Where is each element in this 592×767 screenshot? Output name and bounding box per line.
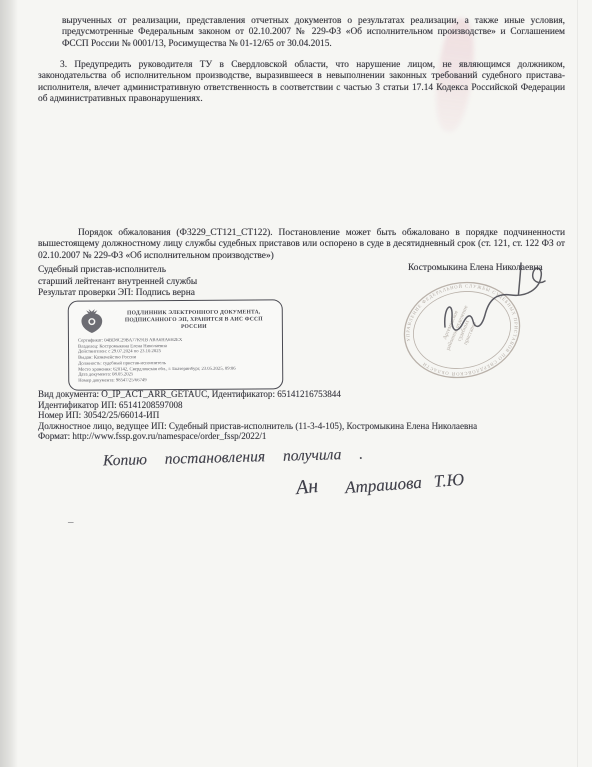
stray-pen-mark: – xyxy=(68,516,74,528)
officer-rank: старший лейтенант внутренней службы xyxy=(38,277,197,288)
electronic-signature-stamp: ПОДЛИННИК ЭЛЕКТРОННОГО ДОКУМЕНТА, ПОДПИС… xyxy=(68,299,284,390)
handwritten-receipt-note: Копию постановления получила . xyxy=(103,446,364,471)
paragraph-warning-clause: 3. Предупредить руководителя ТУ в Свердл… xyxy=(38,60,565,105)
doc-type-line: Вид документа: O_IP_ACT_ARR_GETAUC, Иден… xyxy=(38,389,341,400)
handwritten-initials: Ан xyxy=(295,475,319,500)
ip-identifier-line: Идентификатор ИП: 65141208597008 xyxy=(38,400,183,411)
round-office-stamp-and-signature: УПРАВЛЕНИЕ ФЕДЕРАЛЬНОЙ СЛУЖБЫ СУДЕБНЫХ П… xyxy=(393,255,588,390)
coat-of-arms-eagle-icon xyxy=(79,307,105,334)
scan-left-shadow xyxy=(0,0,18,767)
ip-number-line: Номер ИП: 30542/25/66014-ИП xyxy=(38,410,159,421)
scanned-document-page: вырученных от реализации, представления … xyxy=(0,0,592,767)
esign-doc-number-line: Номер документа: 98547/25/66749 xyxy=(78,377,274,384)
handwritten-signature-name: Атрашова Т.Ю xyxy=(344,470,464,498)
esign-header: ПОДЛИННИК ЭЛЕКТРОННОГО ДОКУМЕНТА, ПОДПИС… xyxy=(113,309,275,331)
esign-certificate-details: Сертификат: 04BD8C29BA77K91B ABA6HA6H2EX… xyxy=(78,337,274,384)
esign-header-line2: ПОДПИСАННОГО ЭП, ХРАНИТСЯ В АИС ФССП РОС… xyxy=(113,316,275,331)
format-url-line: Формат: http://www.fssp.gov.ru/namespace… xyxy=(38,431,266,442)
officer-position: Судебный пристав-исполнитель xyxy=(38,265,166,276)
official-line: Должностное лицо, ведущее ИП: Судебный п… xyxy=(38,421,477,432)
paragraph-realization-terms: вырученных от реализации, представления … xyxy=(62,16,565,50)
esign-check-result: Результат проверки ЭП: Подпись верна xyxy=(38,288,195,299)
